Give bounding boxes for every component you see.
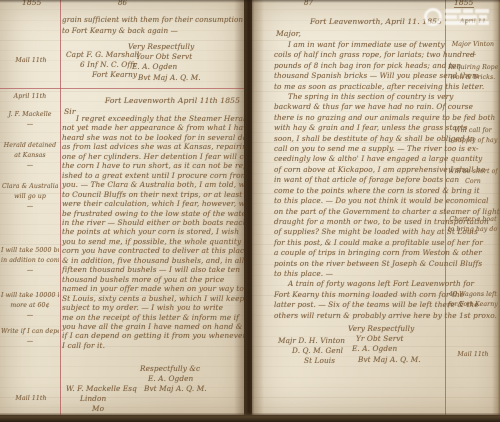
handwritten-line: Major Vinton [448,40,498,50]
letter-dateline: Fort Leavenworth, April 11. 1855 [272,17,442,26]
handwritten-line: 6 Inf N. C. Offr [80,60,166,70]
handwritten-line: thousand Spanish bricks — Will you pleas… [274,71,444,81]
handwritten-line: I regret exceedingly that the Steamer He… [62,114,242,123]
handwritten-line: Very Respectfully [348,324,448,334]
handwritten-line: Respectfully &c [140,364,240,374]
handwritten-line: & in addition, five thousand bushels, an… [62,256,242,265]
handwritten-line: Clara & Australia [2,182,58,192]
handwritten-line: more at 60¢ [1,301,59,311]
margin-note: J. F. Mackelle— [2,110,58,130]
margin-note: Requiring Rope,iron & bricks. [448,63,498,83]
margin-note: Will be short ofCorn [448,167,498,187]
handwritten-line: The spring in this section of country is… [274,92,444,102]
handwritten-line: Mail 11th [4,56,58,66]
book-top-edge [0,0,500,3]
book-bottom-edge [0,413,500,422]
handwritten-line: me on the receipt of this letter & infor… [62,313,242,322]
handwritten-line: Mail 11th [4,394,58,404]
handwritten-line: Lindon [80,394,166,404]
handwritten-line: to this place. — [274,269,444,279]
prev-letter-address: Capt F. G. Marshall6 Inf N. C. OffrFort … [66,50,166,81]
margin-note: Clara & Australiawill go up— [2,182,58,212]
handwritten-line: the corn I have to run short, as it can … [62,161,242,170]
handwritten-line: I am in want for immediate use of twenty [274,40,444,50]
handwritten-line: if I can depend on getting it from you w… [62,331,242,340]
handwritten-line: to bring hay down [448,225,498,235]
margin-note: 40 Wagons leftfor Fort Kearny [448,290,498,310]
handwritten-line: iron & bricks. [448,73,498,83]
handwritten-line: the points at which your corn is stored,… [62,227,242,236]
handwritten-line: 40 Wagons left [448,290,498,300]
letter-dateline: Fort Leavenworth April 11th 1855 [62,96,240,105]
handwritten-line: Majr D. H. Vinton [278,336,378,346]
handwritten-line: — [2,161,58,171]
handwritten-line: of corn above at Kickapoo, I am apprehen… [274,165,444,175]
margin-note: I will take 10000 busmore at 60¢— [1,291,59,321]
handwritten-line: Mail 11th [448,350,498,360]
handwritten-line: not yet made her appearance & from what … [62,123,242,132]
handwritten-line: of supplies? She might be loaded with ha… [274,227,444,237]
handwritten-line: thousand bushels more of you at the pric… [62,275,242,284]
handwritten-line: J. F. Mackelle [2,110,58,120]
right-page-edge-shadow [492,0,500,415]
handwritten-line: to me as soon as practicable, after rece… [274,82,444,92]
handwritten-line: pounds of 8 inch bag iron for pick heads… [274,61,444,71]
handwritten-line: latter post. — Six of the teams will be … [274,300,444,310]
handwritten-line: subject to my order. — I wish you to wri… [62,303,242,312]
handwritten-line: soon, I shall be destitute of hay & shal… [274,134,444,144]
handwritten-line: to Council Bluffs on their next trips, o… [62,190,242,199]
handwritten-line: St Louis [304,356,378,366]
watermark-ring-icon [424,8,442,26]
margin-note-mail-bottom: Mail 11th [448,350,498,360]
margin-note-mail-top: Mail 11th [4,56,58,66]
handwritten-line: you have all the grain I have named on h… [62,322,242,331]
handwritten-line: points on the river between St Joseph & … [274,259,444,269]
handwritten-line: E. A. Ogden [148,374,240,384]
handwritten-line: as from last advices she was at Kansas, … [62,142,242,151]
margin-note: Write if I can depend— [1,327,59,347]
handwritten-line: Fort Kearny this morning loaded with cor… [274,290,444,300]
handwritten-line: named in your offer made when on your wa… [62,284,242,293]
handwritten-line: D. Q. M. Genl [292,346,378,356]
right-page: 87 1855 Fort Leavenworth, April 11. 1855… [252,0,500,415]
handwritten-line: Requiring Rope, [448,63,498,73]
handwritten-line: Will be short of [448,167,498,177]
handwritten-line: — [1,311,59,321]
handwritten-line: for this post, & I could make a profitab… [274,238,444,248]
handwritten-line: heard she was not to be looked for in se… [62,133,242,142]
margin-note: Charter a boatto bring hay down [448,215,498,235]
margin-note: I will take 5000 bushelsin addition to c… [1,246,59,276]
handwritten-line: come to the points where the corn is sto… [274,186,444,196]
handwritten-line: — [448,50,498,60]
letter-address: Majr D. H. VintonD. Q. M. GenlSt Louis [278,336,378,367]
handwritten-line: corn you have contracted to deliver at t… [62,246,242,255]
handwritten-line: you. — The Clara & Australia both, I am … [62,180,242,189]
handwritten-line: backward & thus far we have had no rain.… [274,102,444,112]
handwritten-line: ished to a great extent until I procure … [62,171,242,180]
margin-note: Herald detainedat Kansas— [2,141,58,171]
handwritten-line: I will take 10000 bus [1,291,59,301]
handwritten-line: Will call for [448,126,498,136]
letter-address: W. F. Mackelle EsqLindonMo [66,384,166,415]
prev-letter-body: grain sufficient with them for their con… [62,15,242,36]
handwritten-line: call on you to send me a supply. — The r… [274,144,444,154]
handwritten-line: on the part of the Government to charter… [274,207,444,217]
handwritten-line: draught for a month or two, to be used i… [274,217,444,227]
margin-note: Major Vinton— [448,40,498,60]
handwritten-line: there is no grazing and our animals requ… [274,113,444,123]
left-page: 1855 86 grain sufficient with them for t… [0,0,244,415]
handwritten-line: Charter a boat [448,215,498,225]
handwritten-line: a supply of hay [448,136,498,146]
handwritten-line: — [2,202,58,212]
letter-salutation: Major, [276,29,301,38]
handwritten-line: Herald detained [2,141,58,151]
handwritten-line: I call for it. [62,341,242,350]
margin-note: April 11th [2,92,58,102]
watermark-text-blocks [445,9,489,25]
handwritten-line: in addition to contract [1,256,59,266]
handwritten-line: in the river — Should either or both boa… [62,218,242,227]
book-spine-gutter [234,0,264,415]
handwritten-line: at Kansas [2,151,58,161]
auction-watermark-logo [424,6,498,28]
handwritten-line: A train of forty wagons left Fort Leaven… [274,279,444,289]
handwritten-line: fifteen thousand bushels — I will also t… [62,265,242,274]
handwritten-line: to this place. — Do you not think it wou… [274,196,444,206]
handwritten-line: others will return & probably arrive her… [274,311,444,321]
handwritten-line: Fort Kearny [92,70,166,80]
handwritten-line: — [1,266,59,276]
handwritten-line: grain sufficient with them for their con… [62,15,242,26]
margin-note: Will call fora supply of hay [448,126,498,146]
handwritten-line: in want of that article of forage before… [274,175,444,185]
handwritten-line: Capt F. G. Marshall [66,50,166,60]
handwritten-line: you to send me, if possible, the whole q… [62,237,242,246]
handwritten-line: one of her cylinders. Her detention I fe… [62,152,242,161]
handwritten-line: — [2,120,58,130]
manuscript-letterbook-photo: 1855 86 grain sufficient with them for t… [0,0,500,422]
handwritten-line: St Louis, sixty cents a bushel, which I … [62,294,242,303]
handwritten-line: with hay & grain and I fear, unless the … [274,123,444,133]
letter-body: I am in want for immediate use of twenty… [274,40,444,321]
margin-note-mail-bottom: Mail 11th [4,394,58,404]
handwritten-line: coils of half inch grass rope, for laria… [274,50,444,60]
handwritten-line: for Fort Kearny [448,300,498,310]
handwritten-line: will go up [2,192,58,202]
entry-divider-rule [0,88,244,89]
handwritten-line: — [1,337,59,347]
handwritten-line: be frustrated owing to the low state of … [62,209,242,218]
handwritten-line: Corn [448,177,498,187]
handwritten-line: to Fort Kearny & back again — [62,26,242,37]
handwritten-line: I will take 5000 bushels [1,246,59,256]
left-margin-rule [60,0,61,415]
handwritten-line: Write if I can depend [1,327,59,337]
handwritten-line: W. F. Mackelle Esq [66,384,166,394]
handwritten-line: a couple of trips in bringing corn from … [274,248,444,258]
handwritten-line: were their calculation, which I fear, ho… [62,199,242,208]
handwritten-line: April 11th [2,92,58,102]
handwritten-line: ceedingly low & altho' I have engaged a … [274,154,444,164]
letter-body: I regret exceedingly that the Steamer He… [62,114,242,350]
